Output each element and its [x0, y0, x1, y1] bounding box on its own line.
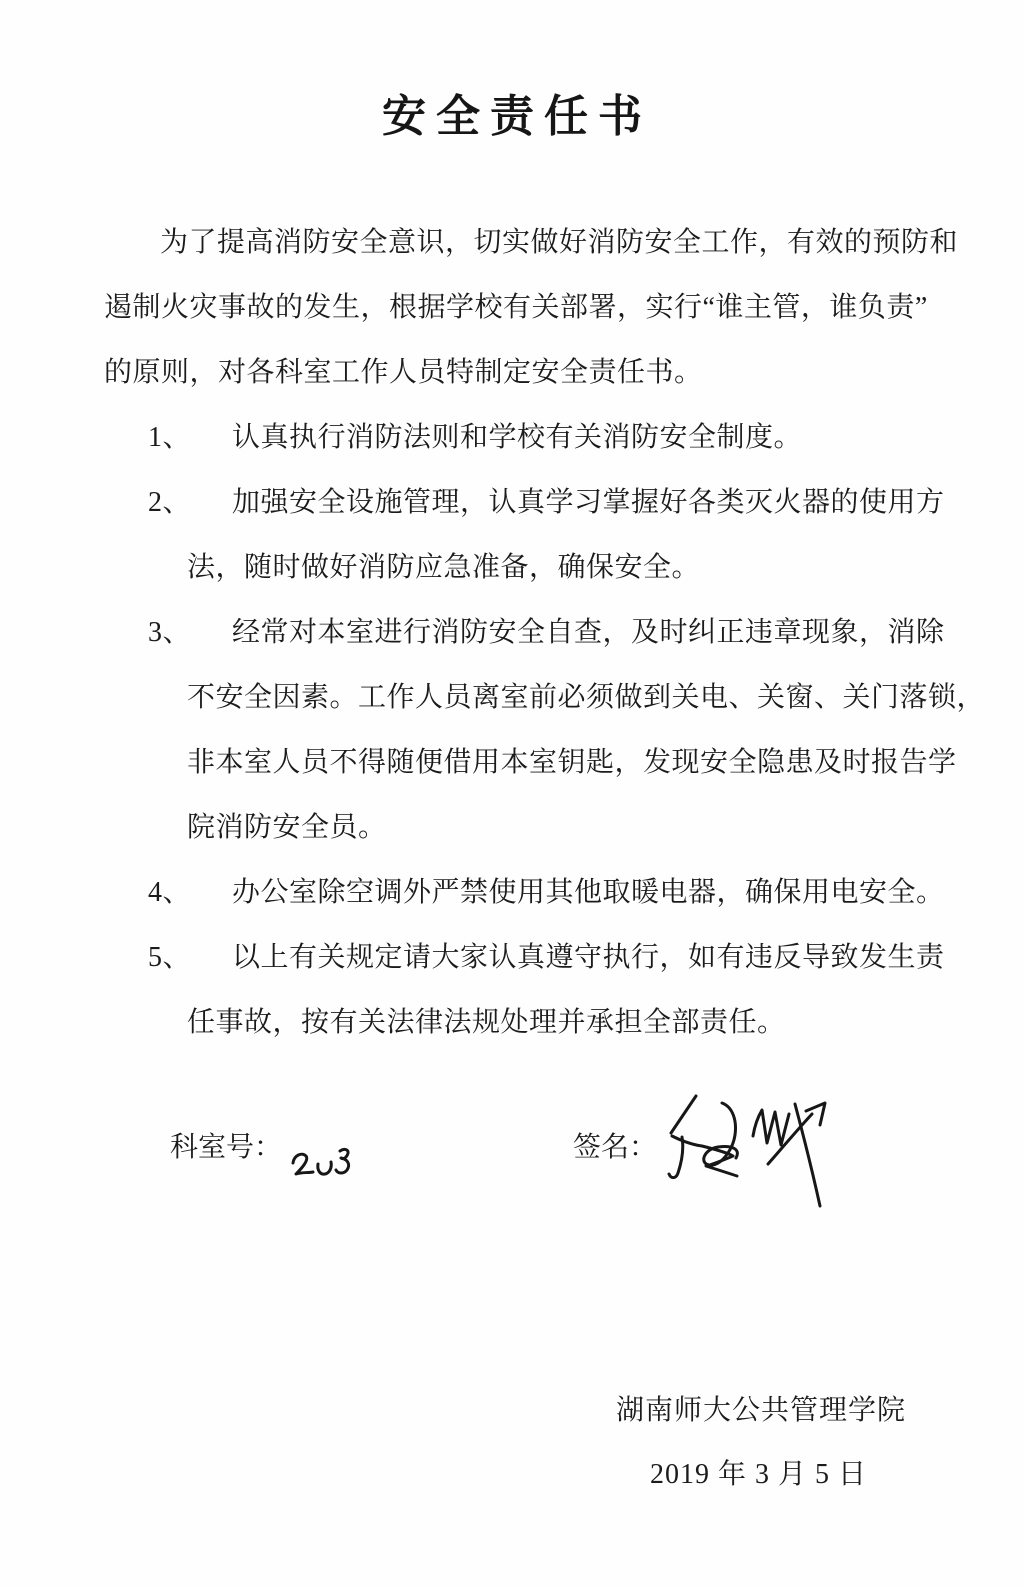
scanned-document-page: 安全责任书 为了提高消防安全意识，切实做好消防安全工作，有效的预防和 遏制火灾事… [0, 0, 1024, 1587]
list-item-3-cont: 非本室人员不得随便借用本室钥匙，发现安全隐患及时报告学 [104, 730, 936, 795]
signature-row: 科室号： 签名： [104, 1115, 936, 1180]
list-item-2-cont: 法，随时做好消防应急准备，确保安全。 [104, 535, 936, 600]
list-item-4: 4、办公室除空调外严禁使用其他取暖电器，确保用电安全。 [104, 860, 936, 925]
intro-line: 为了提高消防安全意识，切实做好消防安全工作，有效的预防和 [104, 210, 936, 275]
room-number-handwriting [288, 1142, 360, 1192]
list-item-3-cont: 院消防安全员。 [104, 795, 936, 860]
room-number-label: 科室号： [170, 1115, 282, 1180]
signature-handwriting [632, 1072, 882, 1222]
list-item-number: 3、 [148, 600, 232, 665]
list-item-number: 2、 [148, 470, 232, 535]
intro-line: 遏制火灾事故的发生，根据学校有关部署，实行“谁主管，谁负责” [104, 275, 936, 340]
list-item-5: 5、以上有关规定请大家认真遵守执行，如有违反导致发生责 [104, 925, 936, 990]
list-item-text: 办公室除空调外严禁使用其他取暖电器，确保用电安全。 [232, 877, 945, 908]
document-body: 为了提高消防安全意识，切实做好消防安全工作，有效的预防和 遏制火灾事故的发生，根… [104, 210, 936, 1055]
list-item-2: 2、加强安全设施管理，认真学习掌握好各类灭火器的使用方 [104, 470, 936, 535]
organization-name: 湖南师大公共管理学院 [616, 1388, 906, 1428]
list-item-5-cont: 任事故，按有关法律法规处理并承担全部责任。 [104, 990, 936, 1055]
document-date: 2019 年 3 月 5 日 [650, 1452, 867, 1492]
list-item-number: 1、 [148, 405, 232, 470]
list-item-3: 3、经常对本室进行消防安全自查，及时纠正违章现象，消除 [104, 600, 936, 665]
list-item-number: 4、 [148, 860, 232, 925]
document-title: 安全责任书 [0, 80, 1024, 144]
list-item-text: 加强安全设施管理，认真学习掌握好各类灭火器的使用方 [232, 487, 945, 518]
intro-line: 的原则，对各科室工作人员特制定安全责任书。 [104, 340, 936, 405]
list-item-text: 以上有关规定请大家认真遵守执行，如有违反导致发生责 [232, 942, 945, 973]
list-item-number: 5、 [148, 925, 232, 990]
list-item-text: 经常对本室进行消防安全自查，及时纠正违章现象，消除 [232, 617, 945, 648]
list-item-3-cont: 不安全因素。工作人员离室前必须做到关电、关窗、关门落锁， [104, 665, 936, 730]
list-item-text: 认真执行消防法则和学校有关消防安全制度。 [232, 422, 802, 453]
list-item-1: 1、认真执行消防法则和学校有关消防安全制度。 [104, 405, 936, 470]
